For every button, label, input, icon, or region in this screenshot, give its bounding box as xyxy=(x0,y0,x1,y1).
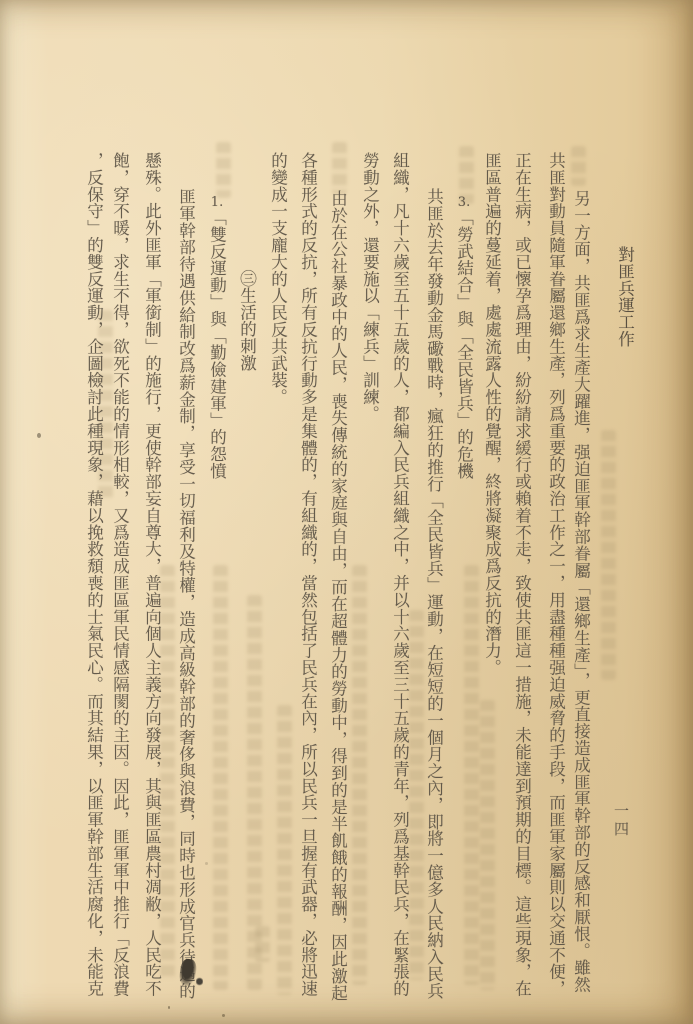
text-column: 由於在公社暴政中的人民，喪失傳統的家庭與自由，而在超體力的勞動中，得到的是半飢餓… xyxy=(329,190,346,1001)
section-number: 1. xyxy=(210,196,225,209)
bleed-through-smudge xyxy=(601,430,616,680)
scanned-page: 對匪兵運工作 一四 另一方面，共匪爲求生產大躍進，强迫匪軍幹部眷屬「還鄉生產」，… xyxy=(0,0,693,1024)
bleed-through-smudge xyxy=(160,565,175,980)
text-column: 匪區普遍的蔓延着，處處流露人性的覺醒，終將凝聚成爲反抗的潛力。 xyxy=(483,152,500,676)
bleed-through-smudge xyxy=(571,146,586,186)
bleed-through-smudge xyxy=(464,565,479,985)
bleed-through-smudge xyxy=(409,610,424,980)
bleed-through-smudge xyxy=(213,565,228,990)
bleed-through-smudge xyxy=(277,705,292,995)
text-column: 懸殊。此外匪軍「軍銜制」的施行，更使幹部妄自尊大，普遍向個人主義方向發展，其與匪… xyxy=(143,152,160,997)
section-heading-text: 「雙反運動」與「勤儉建軍」的怨憤 xyxy=(208,209,227,479)
ink-blot xyxy=(196,977,203,986)
section-heading-column: 3.「勞武結合」與「全民皆兵」的危機 xyxy=(455,196,472,479)
text-column: 的變成一支龐大的人民反共武裝。 xyxy=(269,152,286,406)
page-header-title: 對匪兵運工作 xyxy=(616,246,633,347)
text-column: 飽，穿不暖，求生不得，欲死不能的情形相較，又爲造成匪區軍民情感隔閡的主因。因此，… xyxy=(111,152,128,997)
text-column: 共匪於去年發動金馬礮戰時，瘋狂的推行「全民皆兵」運動，在短短的一個月之內，即將一… xyxy=(425,188,442,999)
text-column: 正在生病，或已懷孕爲理由，紛紛請求緩行或賴着不走，致使共匪這一措施，未能達到預期… xyxy=(513,152,530,997)
text-column: 共匪對動員隨軍眷屬還鄉生產，列爲重要的政治工作之一，用盡種種强迫威脅的手段，而匪… xyxy=(547,152,564,997)
section-heading-column: ㊂生活的刺激 xyxy=(238,270,255,371)
bleed-through-smudge xyxy=(216,142,231,198)
bleed-through-smudge xyxy=(247,595,262,990)
section-heading-text: 「勞武結合」與「全民皆兵」的危機 xyxy=(455,209,474,479)
text-column: 組織，凡十六歲至五十五歲的人，都編入民兵組織之中，并以十六歲至三十五歲的青年，列… xyxy=(391,152,408,997)
paper-speck xyxy=(222,1014,225,1017)
section-number: 3. xyxy=(457,196,472,209)
text-column: 勞動之外，還要施以「練兵」訓練。 xyxy=(361,152,378,422)
bleed-through-smudge xyxy=(332,142,347,194)
paper-speck xyxy=(168,1006,170,1009)
page-number: 一四 xyxy=(613,803,628,839)
bleed-through-smudge xyxy=(352,565,367,985)
text-column: 另一方面，共匪爲求生產大躍進，强迫匪軍幹部眷屬「還鄉生產」，更直接造成匪軍幹部的… xyxy=(572,190,589,993)
bleed-through-smudge xyxy=(480,700,495,990)
paper-speck xyxy=(205,862,208,865)
paper-speck xyxy=(37,433,41,438)
section-heading-column: 1.「雙反運動」與「勤儉建軍」的怨憤 xyxy=(208,196,225,479)
text-column: ，反保守」的雙反運動，企圖檢討此種現象，藉以挽救頹喪的士氣民心。而其結果，以匪軍… xyxy=(85,152,102,997)
bleed-through-smudge xyxy=(255,926,270,962)
text-column: 匪軍幹部待遇供給制改爲薪金制，享受一切福利及特權，造成高級幹部的奢侈與浪費，同時… xyxy=(177,188,194,999)
text-column: 各種形式的反抗，所有反抗行動多是集體的，有組織的，當然包括了民兵在內，所以民兵一… xyxy=(299,152,316,997)
